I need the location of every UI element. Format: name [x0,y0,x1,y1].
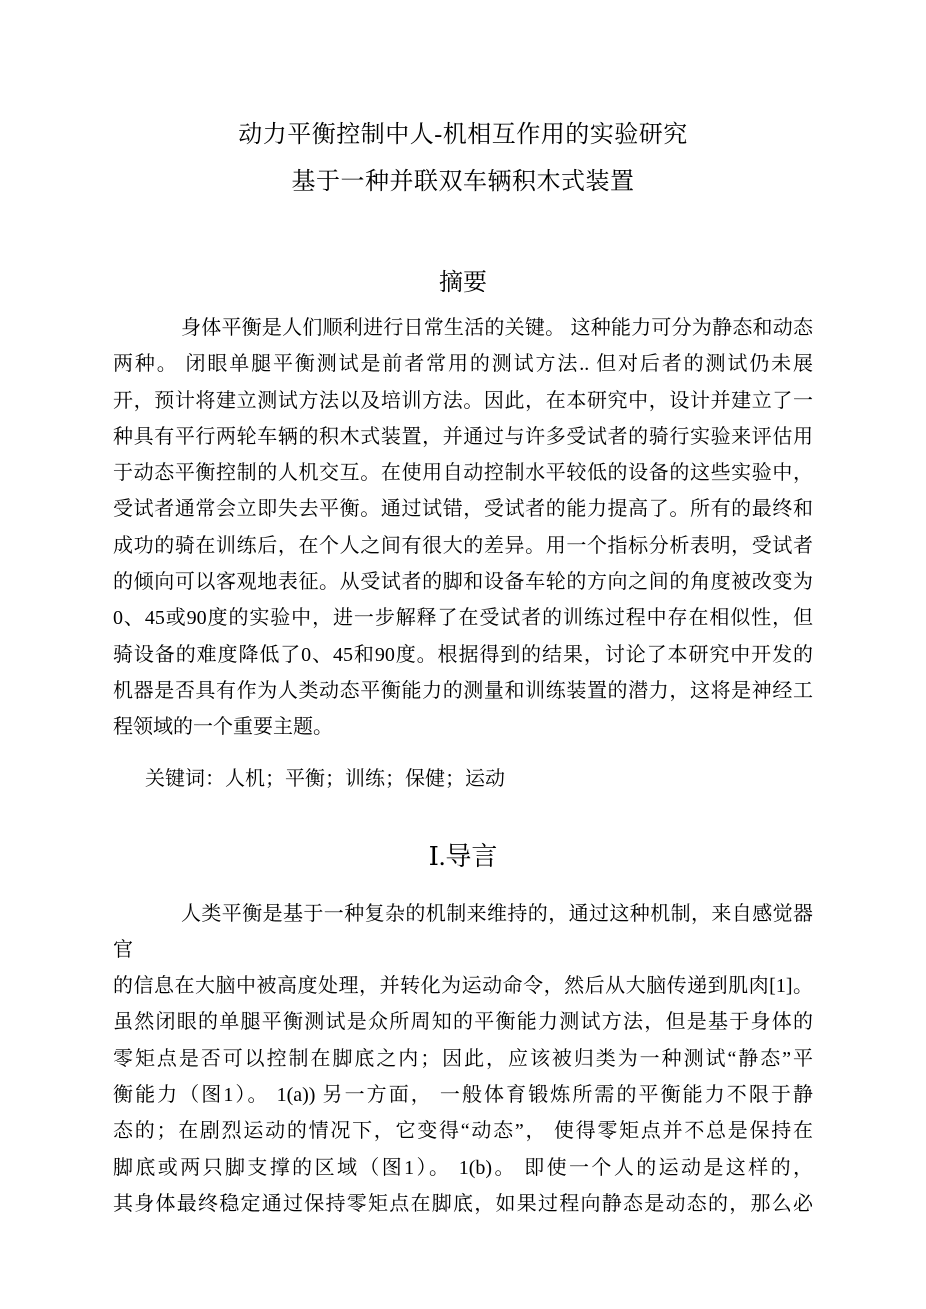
abstract-text-line: 0、45或90度的实验中，进一步解释了在受试者的训练过程中存在相似性，但 [113,600,813,636]
abstract-text-line: 两种。 闭眼单腿平衡测试是前者常用的测试方法.. 但对后者的测试仍未展 [113,346,813,382]
introduction-text-line: 虽然闭眼的单腿平衡测试是众所周知的平衡能力测试方法，但是基于身体的 [113,1004,813,1040]
paper-title: 动力平衡控制中人-机相互作用的实验研究 基于一种并联双车辆积木式装置 [113,0,813,206]
introduction-heading: Ⅰ.导言 [113,840,813,874]
abstract-text-line: 受试者通常会立即失去平衡。通过试错，受试者的能力提高了。所有的最终和 [113,491,813,527]
abstract-text-line: 于动态平衡控制的人机交互。在使用自动控制水平较低的设备的这些实验中， [113,455,813,491]
abstract-text-line: 程领域的一个重要主题。 [113,709,813,745]
introduction-text-line: 的信息在大脑中被高度处理，并转化为运动命令，然后从大脑传递到肌肉[1]。 [113,968,813,1004]
introduction-text-line: 脚底或两只脚支撑的区域（图1）。 1(b)。 即使一个人的运动是这样的， [113,1150,813,1186]
abstract-text-line: 开，预计将建立测试方法以及培训方法。因此，在本研究中，设计并建立了一 [113,383,813,419]
introduction-text-line: 衡能力（图1）。 1(a)) 另一方面， 一般体育锻炼所需的平衡能力不限于静 [113,1077,813,1113]
paper-title-line-1: 动力平衡控制中人-机相互作用的实验研究 [113,112,813,159]
introduction-text-line: 其身体最终稳定通过保持零矩点在脚底，如果过程向静态是动态的，那么必 [113,1186,813,1222]
document-content: 动力平衡控制中人-机相互作用的实验研究 基于一种并联双车辆积木式装置 摘要 身体… [113,0,813,1222]
introduction-text-line: 人类平衡是基于一种复杂的机制来维持的，通过这种机制，来自感觉器官 [113,896,813,969]
introduction-text-line: 态的；在剧烈运动的情况下，它变得“动态”， 使得零矩点并不总是保持在 [113,1113,813,1149]
abstract-text-line: 成功的骑在训练后，在个人之间有很大的差异。用一个指标分析表明，受试者 [113,528,813,564]
abstract-text-line: 身体平衡是人们顺利进行日常生活的关键。 这种能力可分为静态和动态 [113,310,813,346]
document-page: 动力平衡控制中人-机相互作用的实验研究 基于一种并联双车辆积木式装置 摘要 身体… [0,0,926,1309]
abstract-text-line: 机器是否具有作为人类动态平衡能力的测量和训练装置的潜力，这将是神经工 [113,673,813,709]
abstract-text-line: 骑设备的难度降低了0、45和90度。根据得到的结果，讨论了本研究中开发的 [113,637,813,673]
abstract-text-line: 的倾向可以客观地表征。从受试者的脚和设备车轮的方向之间的角度被改变为 [113,564,813,600]
keywords-line: 关键词：人机；平衡；训练；保健；运动 [113,764,813,794]
paper-title-line-2: 基于一种并联双车辆积木式装置 [113,159,813,206]
abstract-text-line: 种具有平行两轮车辆的积木式装置，并通过与许多受试者的骑行实验来评估用 [113,419,813,455]
abstract-heading: 摘要 [113,268,813,298]
introduction-paragraph: 人类平衡是基于一种复杂的机制来维持的，通过这种机制，来自感觉器官的信息在大脑中被… [113,896,813,1223]
introduction-text-line: 零矩点是否可以控制在脚底之内；因此，应该被归类为一种测试“静态”平 [113,1041,813,1077]
abstract-paragraph: 身体平衡是人们顺利进行日常生活的关键。 这种能力可分为静态和动态两种。 闭眼单腿… [113,310,813,746]
